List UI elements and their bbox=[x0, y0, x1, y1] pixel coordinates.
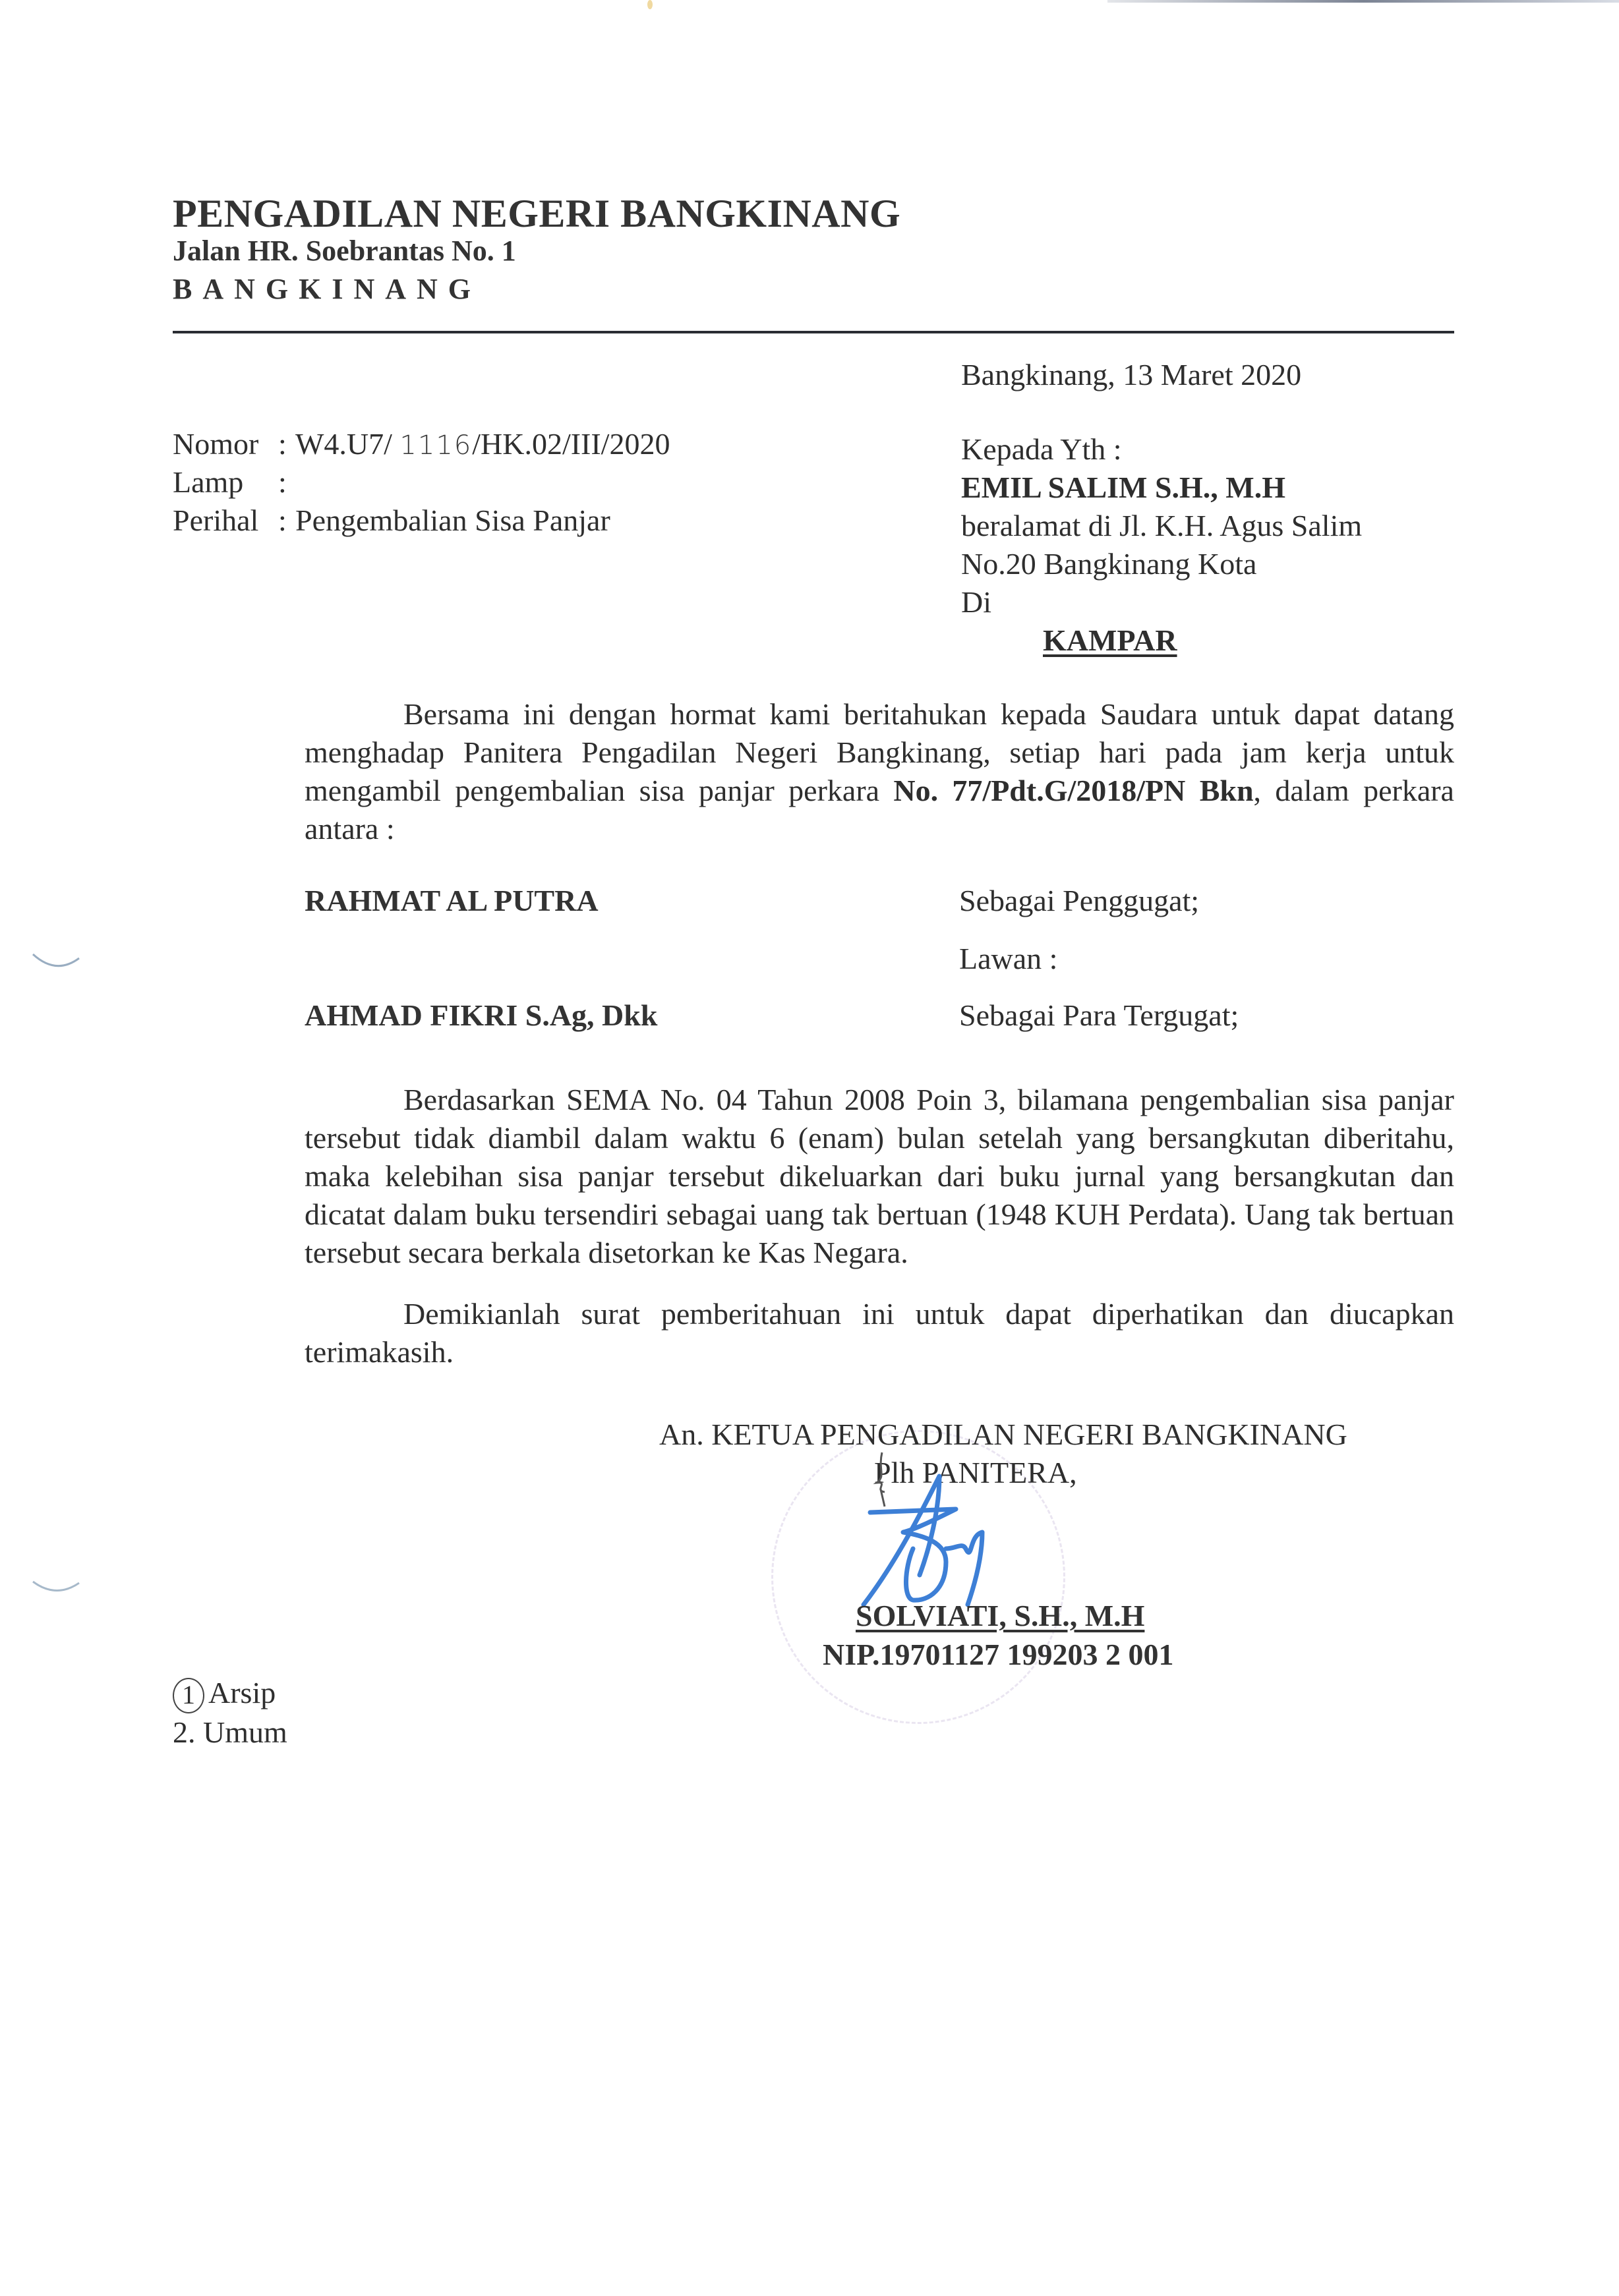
nomor-row: Nomor : W4.U7/ 1116/HK.02/III/2020 bbox=[173, 425, 670, 463]
plaintiff-name: RAHMAT AL PUTRA bbox=[305, 883, 599, 918]
signature-on-behalf: An. KETUA PENGADILAN NEGERI BANGKINANG bbox=[659, 1416, 1347, 1454]
perihal-label: Perihal bbox=[173, 502, 278, 540]
nomor-prefix: W4.U7/ bbox=[295, 427, 392, 461]
perihal-value: Pengembalian Sisa Panjar bbox=[295, 502, 610, 540]
institution-name: PENGADILAN NEGERI BANGKINANG bbox=[173, 191, 900, 237]
lamp-colon: : bbox=[278, 463, 295, 502]
defendant-name: AHMAD FIKRI S.Ag, Dkk bbox=[305, 998, 657, 1033]
lamp-row: Lamp : bbox=[173, 463, 670, 502]
recipient-salutation: Kepada Yth : bbox=[961, 430, 1362, 469]
body-paragraph-2: Berdasarkan SEMA No. 04 Tahun 2008 Poin … bbox=[305, 1081, 1454, 1272]
defendant-role: Sebagai Para Tergugat; bbox=[959, 998, 1239, 1033]
body-paragraph-1: Bersama ini dengan hormat kami beritahuk… bbox=[305, 695, 1454, 848]
punch-hole-mark-bottom bbox=[26, 1575, 86, 1601]
carbon-copy-list: 1Arsip 2. Umum bbox=[173, 1674, 287, 1752]
cc-item: 1Arsip bbox=[173, 1674, 287, 1713]
nomor-colon: : bbox=[278, 425, 295, 463]
punch-hole-mark-top bbox=[26, 949, 86, 975]
letter-date: Bangkinang, 13 Maret 2020 bbox=[961, 356, 1301, 394]
cc-item-label: Arsip bbox=[208, 1676, 276, 1709]
letterhead-divider bbox=[173, 331, 1454, 333]
institution-address: Jalan HR. Soebrantas No. 1 bbox=[173, 234, 516, 268]
perihal-colon: : bbox=[278, 502, 295, 540]
signer-nip: NIP.19701127 199203 2 001 bbox=[823, 1637, 1173, 1672]
lamp-label: Lamp bbox=[173, 463, 278, 502]
paragraph-2-text: Berdasarkan SEMA No. 04 Tahun 2008 Poin … bbox=[305, 1083, 1454, 1269]
nomor-suffix: /HK.02/III/2020 bbox=[472, 427, 670, 461]
body-paragraph-3: Demikianlah surat pemberitahuan ini untu… bbox=[305, 1295, 1454, 1371]
scan-edge-shadow bbox=[1107, 0, 1619, 3]
recipient-address-2: No.20 Bangkinang Kota bbox=[961, 545, 1362, 583]
recipient-location-text: KAMPAR bbox=[1043, 623, 1177, 657]
nomor-value: W4.U7/ 1116/HK.02/III/2020 bbox=[295, 425, 670, 463]
paragraph-3-text: Demikianlah surat pemberitahuan ini untu… bbox=[305, 1297, 1454, 1369]
perihal-row: Perihal : Pengembalian Sisa Panjar bbox=[173, 502, 670, 540]
plaintiff-role: Sebagai Penggugat; bbox=[959, 883, 1199, 918]
cc-item-number: 2. bbox=[173, 1715, 196, 1749]
signer-name: SOLVIATI, S.H., M.H bbox=[856, 1598, 1144, 1633]
case-number: No. 77/Pdt.G/2018/PN Bkn bbox=[893, 774, 1253, 807]
recipient-address-1: beralamat di Jl. K.H. Agus Salim bbox=[961, 507, 1362, 545]
recipient-di: Di bbox=[961, 583, 1362, 621]
scan-speck bbox=[647, 0, 653, 9]
recipient-block: Kepada Yth : EMIL SALIM S.H., M.H berala… bbox=[961, 430, 1362, 660]
nomor-handwritten: 1116 bbox=[399, 430, 472, 461]
cc-item-label: Umum bbox=[203, 1715, 287, 1749]
recipient-name: EMIL SALIM S.H., M.H bbox=[961, 469, 1362, 507]
cc-item: 2. Umum bbox=[173, 1713, 287, 1752]
recipient-location: KAMPAR bbox=[961, 621, 1362, 660]
cc-item-number-circled: 1 bbox=[173, 1678, 204, 1713]
nomor-label: Nomor bbox=[173, 425, 278, 463]
letter-meta: Nomor : W4.U7/ 1116/HK.02/III/2020 Lamp … bbox=[173, 425, 670, 540]
versus-label: Lawan : bbox=[959, 941, 1057, 976]
institution-city: BANGKINANG bbox=[173, 272, 481, 306]
